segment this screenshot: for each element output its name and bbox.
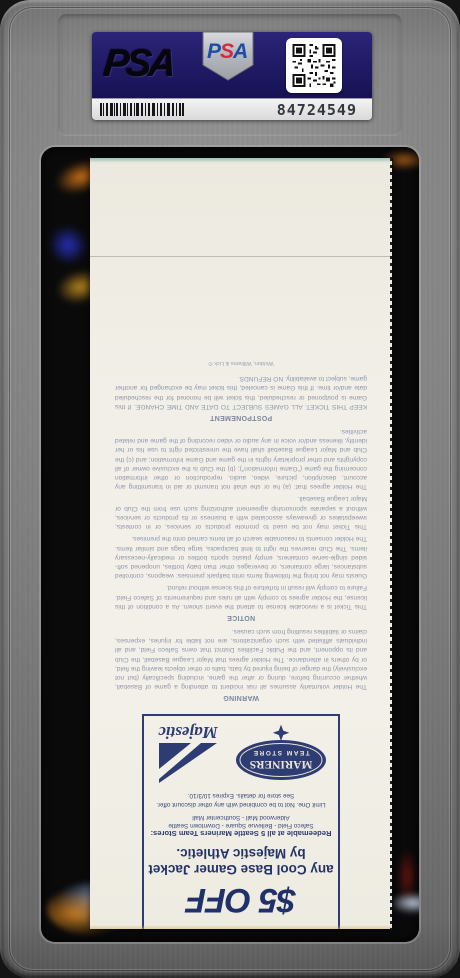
section-body-warning: The Holder voluntarily assumes all risk …: [115, 627, 367, 692]
mariners-team-store-logo: MARINERS TEAM STORE: [233, 723, 329, 785]
qr-code-icon: [290, 42, 338, 89]
coupon-limit-text: Limit One. Not to be combined with any o…: [144, 799, 338, 808]
coupon-details-text: See store for details. Expires 10/3/10.: [144, 791, 338, 800]
slab-window: $5 OFF any Cool Base Gamer Jacket by Maj…: [41, 147, 419, 942]
section-body-holder-agrees: The Holder agrees that: (a) he or she sh…: [115, 427, 367, 492]
coupon-box: $5 OFF any Cool Base Gamer Jacket by Maj…: [142, 714, 340, 929]
serrated-edge-right: [390, 158, 393, 929]
coupon-line1: any Cool Base Gamer Jacket: [144, 861, 338, 877]
coupon-stores-line2: Alderwood Mall - Southcenter Mall: [144, 812, 338, 821]
psa-label-white-band: 84724549: [92, 98, 372, 120]
iridescent-reflection: [41, 215, 97, 274]
store-logo-line1: MARINERS: [249, 758, 312, 770]
psa-shield-icon: P S A: [202, 32, 254, 81]
section-body-postponement: KEEP THIS TICKET. ALL GAMES SUBJECT TO D…: [115, 374, 367, 411]
iridescent-reflection: [397, 847, 417, 905]
psa-slab: PSA P S A: [0, 0, 460, 978]
majestic-logo: Majestic: [153, 723, 223, 785]
psa-label: PSA P S A: [92, 32, 372, 120]
qr-code: [286, 38, 342, 93]
barcode-icon: [100, 103, 184, 116]
section-body-notice: This Ticket is a revocable license to at…: [115, 583, 367, 611]
shield-letter-s: S: [220, 40, 234, 63]
psa-shield-logo: P S A: [202, 32, 254, 81]
coupon-redeem-text: Redeemable at all 5 Seattle Mariners Tea…: [144, 829, 338, 838]
coupon-logos-row: MARINERS TEAM STORE Majestic: [144, 723, 338, 785]
cert-number: 84724549: [277, 101, 357, 119]
torn-edge-top: [90, 158, 392, 163]
coupon-headline: $5 OFF: [144, 883, 338, 917]
psa-label-navy-band: PSA P S A: [92, 32, 372, 98]
store-logo-line2: TEAM STORE: [252, 749, 310, 756]
section-header-warning: WARNING: [115, 692, 367, 702]
section-header-postponement: POSTPONEMENT: [115, 412, 367, 422]
iridescent-reflection: [389, 892, 419, 914]
perforation-line: [90, 256, 392, 257]
ticket-back: $5 OFF any Cool Base Gamer Jacket by Maj…: [90, 158, 392, 929]
section-header-notice: NOTICE: [115, 612, 367, 622]
section-body-promotion: This Ticket may not be used to promote p…: [115, 494, 367, 531]
compass-star-icon: [272, 724, 288, 740]
torn-edge-bottom: [90, 925, 392, 929]
coupon-stores-line1: Safeco Field - Bellevue Square - Downtow…: [144, 821, 338, 830]
ticket-area: $5 OFF any Cool Base Gamer Jacket by Maj…: [90, 158, 392, 929]
ticket-fine-print: WARNING The Holder voluntarily assumes a…: [115, 358, 367, 702]
section-body-guests: Guests may not bring the following items…: [115, 534, 367, 580]
majestic-wordmark: Majestic: [158, 723, 219, 742]
psa-hologram-logo: PSA: [102, 43, 176, 86]
shield-letter-a: A: [232, 40, 248, 63]
coupon-line2: by Majestic Athletic.: [144, 845, 338, 861]
printer-credit: Weldon, Williams & Lick ©: [115, 358, 367, 366]
cert-barcode: [100, 103, 184, 116]
